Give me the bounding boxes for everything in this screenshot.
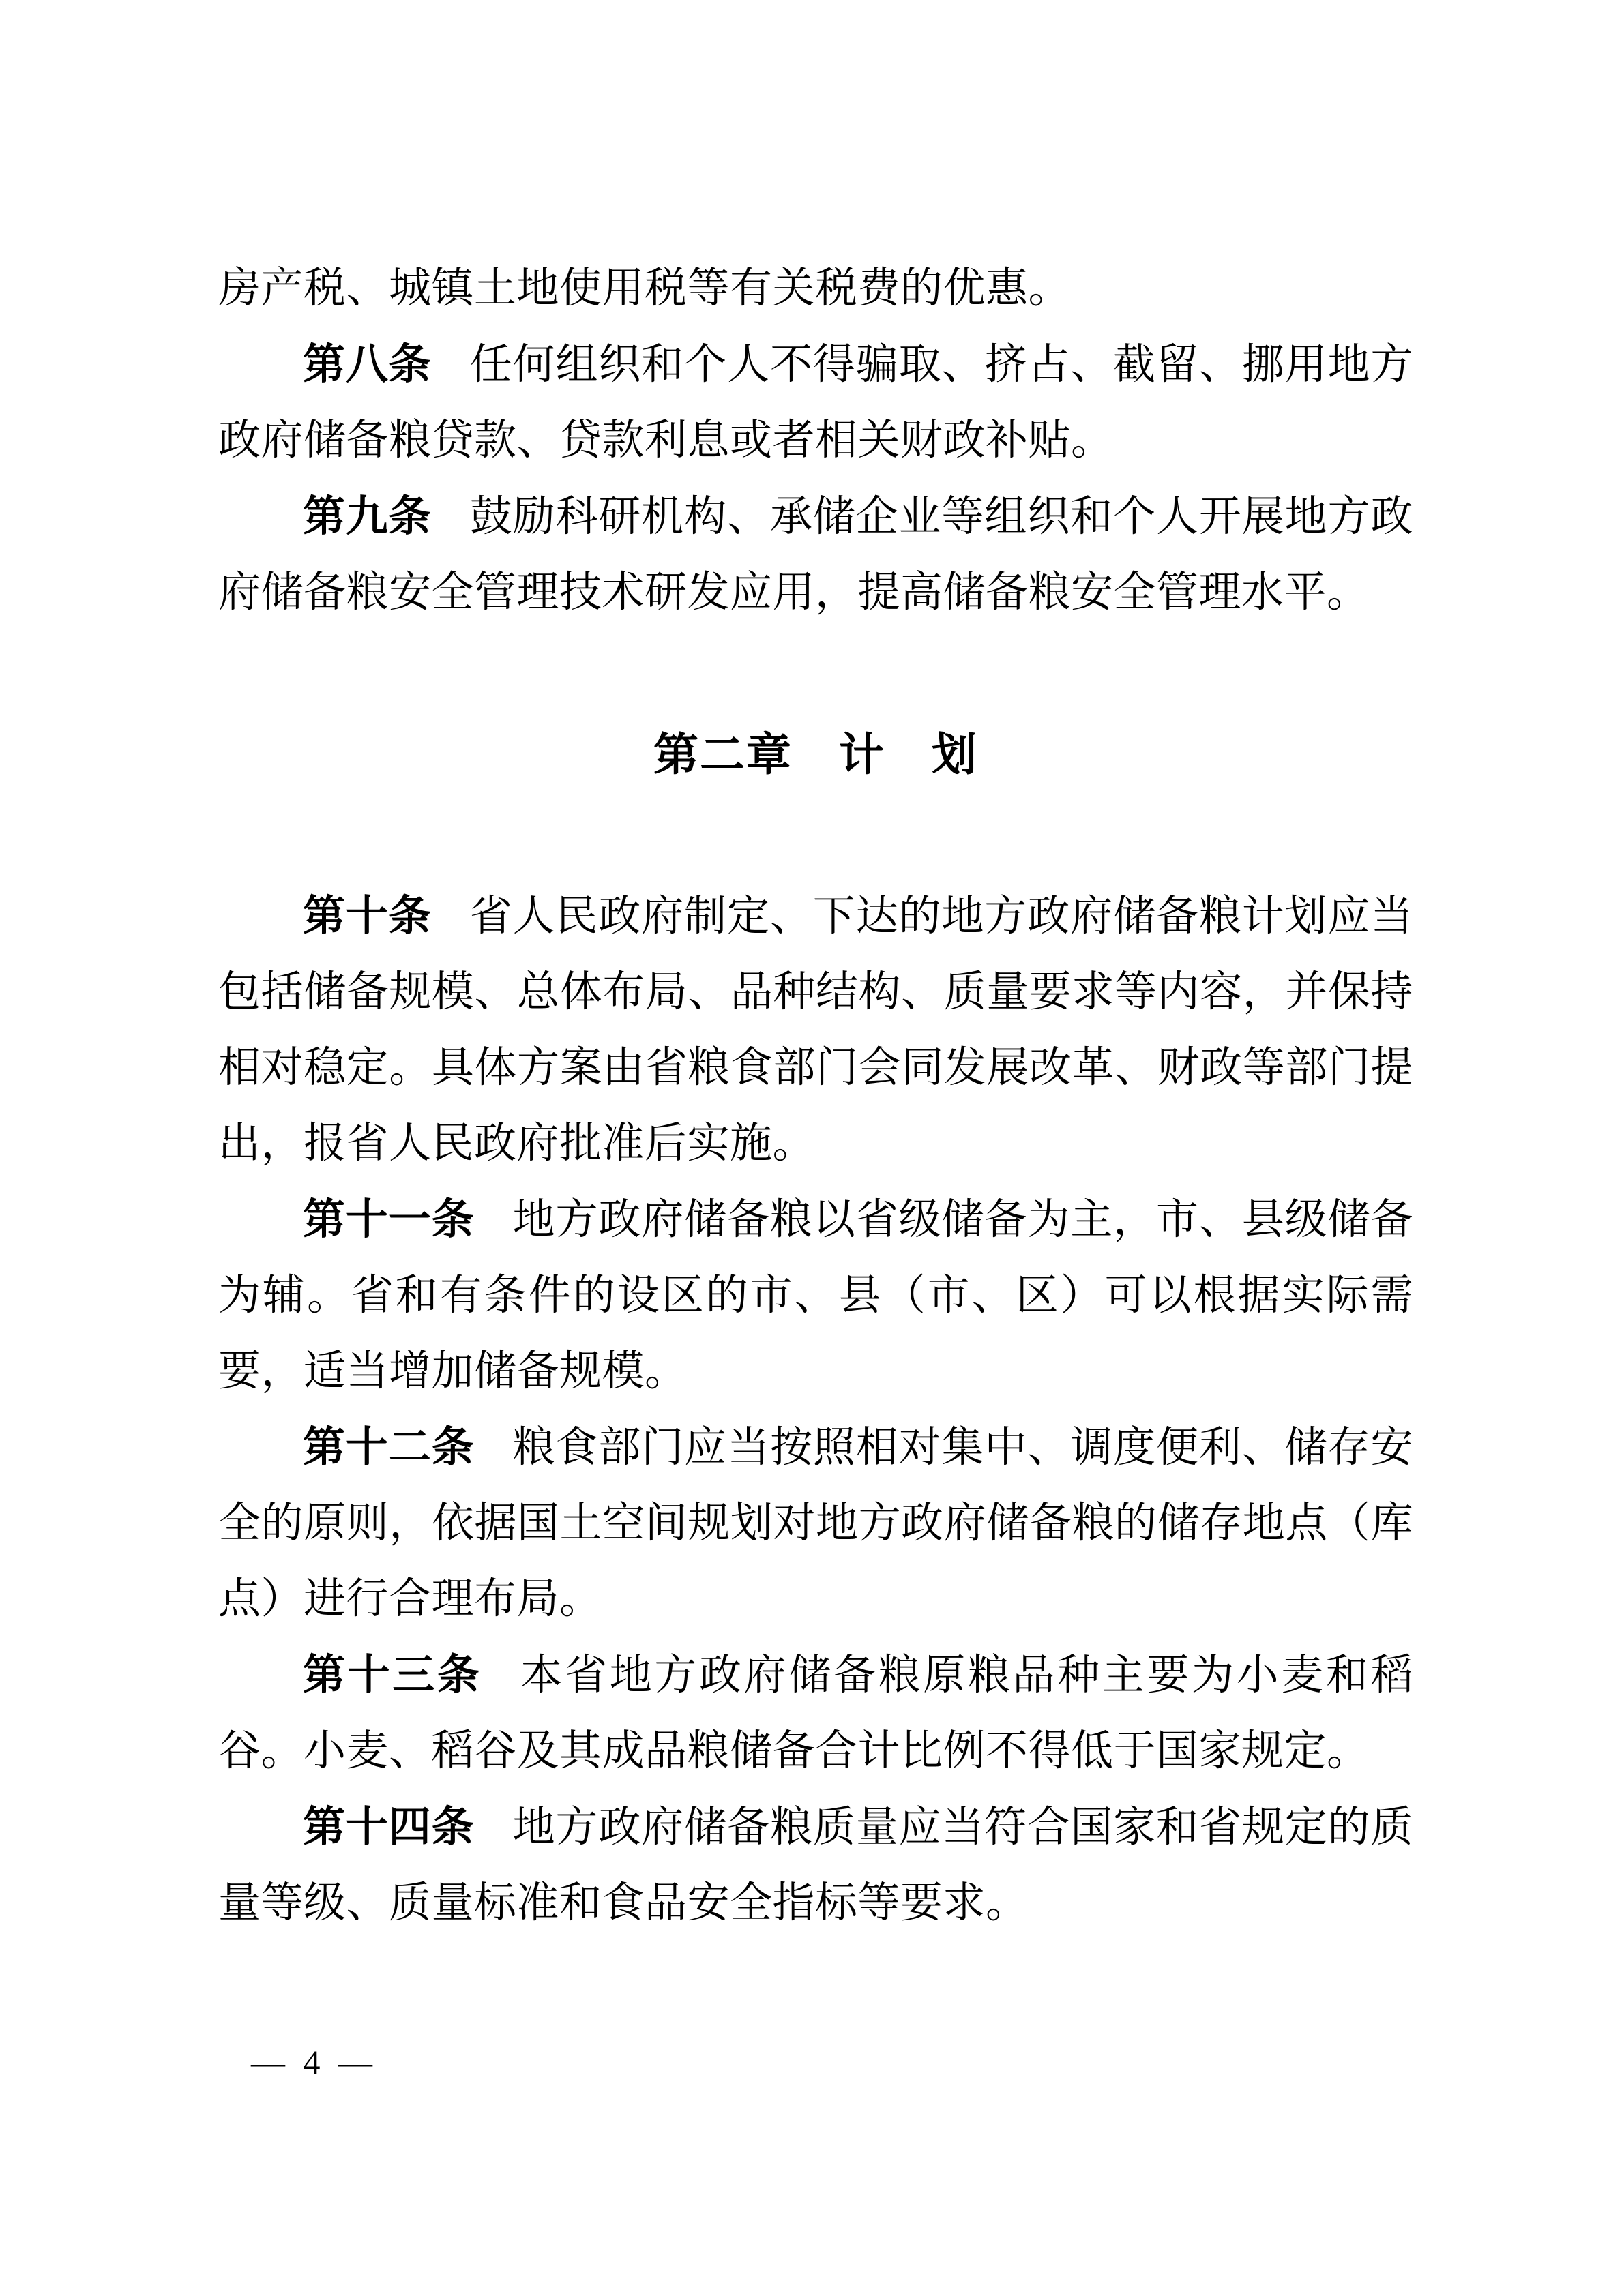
article-14: 第十四条地方政府储备粮质量应当符合国家和省规定的质量等级、质量标准和食品安全指标…	[218, 1789, 1413, 1941]
page-number: — 4 —	[251, 2043, 377, 2081]
article-11: 第十一条地方政府储备粮以省级储备为主，市、县级储备为辅。省和有条件的设区的市、县…	[218, 1182, 1413, 1410]
article-11-label: 第十一条	[303, 1196, 475, 1243]
article-13: 第十三条本省地方政府储备粮原粮品种主要为小麦和稻谷。小麦、稻谷及其成品粮储备合计…	[218, 1637, 1413, 1789]
article-10: 第十条省人民政府制定、下达的地方政府储备粮计划应当包括储备规模、总体布局、品种结…	[218, 878, 1413, 1182]
paragraph-continuation: 房产税、城镇土地使用税等有关税费的优惠。	[218, 251, 1413, 327]
article-12-label: 第十二条	[303, 1424, 475, 1471]
chapter-heading: 第二章 计 划	[218, 717, 1413, 792]
article-13-label: 第十三条	[303, 1652, 482, 1699]
article-8: 第八条任何组织和个人不得骗取、挤占、截留、挪用地方政府储备粮贷款、贷款利息或者相…	[218, 327, 1413, 479]
article-10-label: 第十条	[303, 893, 432, 940]
document-body: 房产税、城镇土地使用税等有关税费的优惠。 第八条任何组织和个人不得骗取、挤占、截…	[218, 251, 1413, 1941]
article-12: 第十二条粮食部门应当按照相对集中、调度便利、储存安全的原则，依据国土空间规划对地…	[218, 1410, 1413, 1637]
document-page: 房产税、城镇土地使用税等有关税费的优惠。 第八条任何组织和个人不得骗取、挤占、截…	[0, 0, 1624, 2296]
article-8-label: 第八条	[303, 341, 432, 388]
article-9-label: 第九条	[303, 493, 432, 540]
article-9: 第九条鼓励科研机构、承储企业等组织和个人开展地方政府储备粮安全管理技术研发应用，…	[218, 479, 1413, 631]
article-14-label: 第十四条	[303, 1804, 475, 1851]
